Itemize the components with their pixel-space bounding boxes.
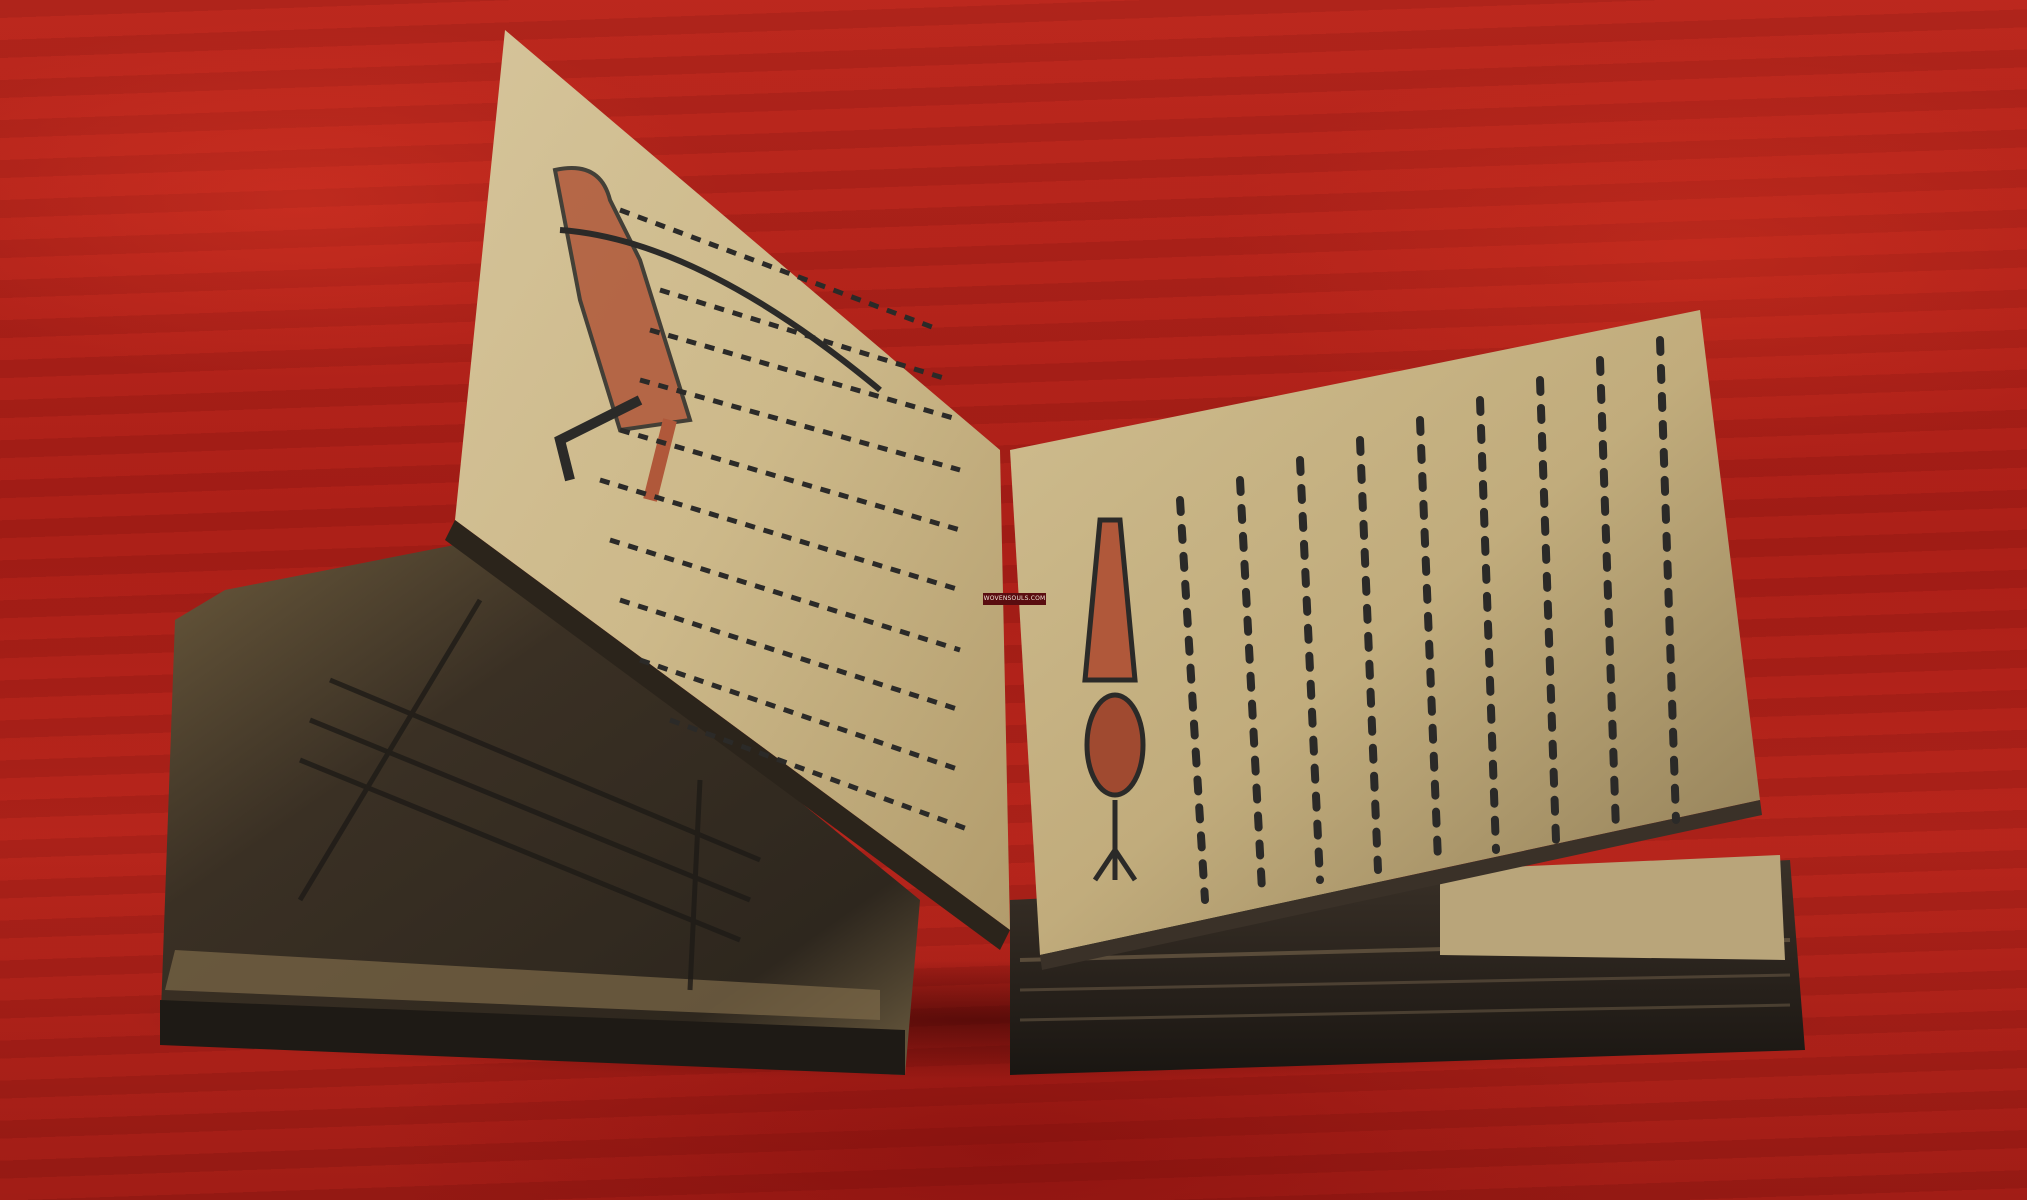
photo-scene: WOVENSOULS.COM (0, 0, 2027, 1200)
watermark: WOVENSOULS.COM (983, 593, 1046, 605)
